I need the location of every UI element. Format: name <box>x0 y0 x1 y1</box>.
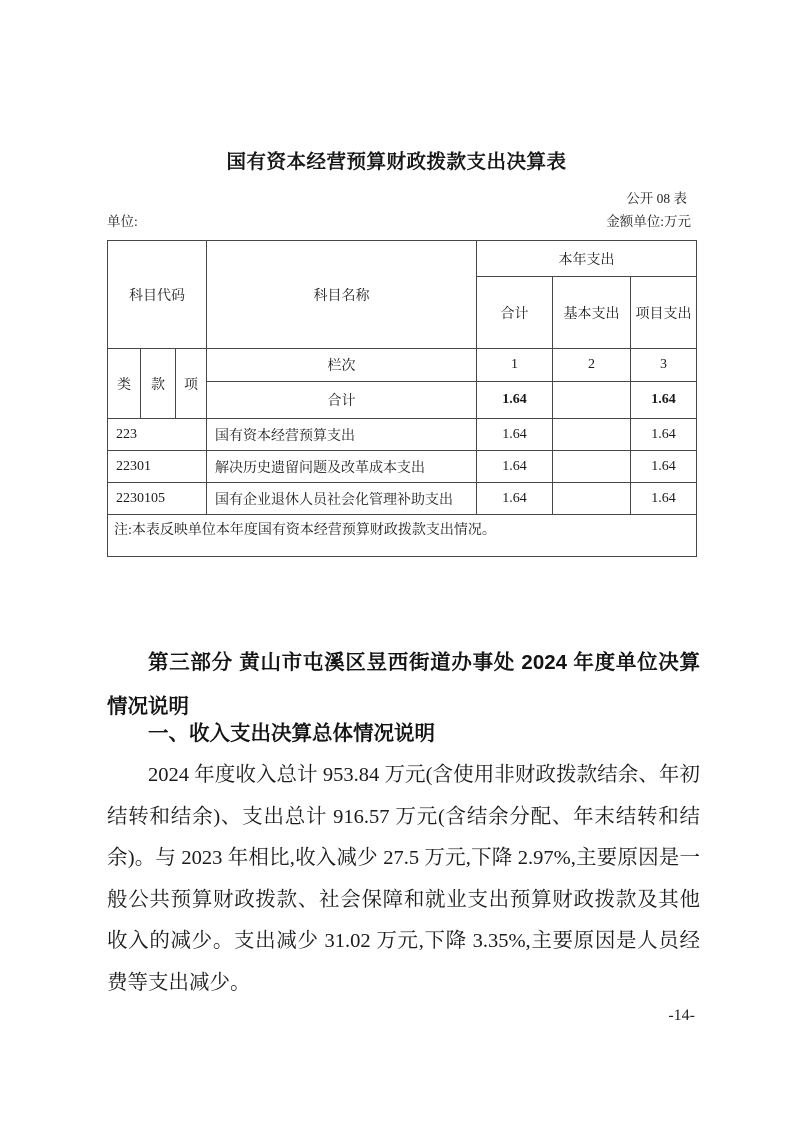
open-table-number-label: 公开 08 表 <box>107 187 687 207</box>
header-current-year-expense: 本年支出 <box>477 241 697 277</box>
row-project: 1.64 <box>631 483 697 515</box>
column-index-row: 类 款 项 栏次 1 2 3 <box>108 349 697 382</box>
row-name: 国有企业退休人员社会化管理补助支出 <box>207 483 477 515</box>
column-index-1: 1 <box>477 349 553 382</box>
header-subject-code: 科目代码 <box>108 241 207 349</box>
header-subject-name: 科目名称 <box>207 241 477 349</box>
unit-label: 单位: <box>107 210 138 230</box>
header-section: 款 <box>141 349 176 419</box>
table-row: 223 国有资本经营预算支出 1.64 1.64 <box>108 419 697 451</box>
grand-total-label: 合计 <box>207 382 477 419</box>
page-title: 国有资本经营预算财政拨款支出决算表 <box>0 146 793 174</box>
grand-total-basic <box>553 382 631 419</box>
row-code: 2230105 <box>108 483 207 515</box>
row-code: 223 <box>108 419 207 451</box>
budget-expense-table: 科目代码 科目名称 本年支出 合计 基本支出 项目支出 类 款 项 栏次 1 2… <box>107 240 697 557</box>
overview-paragraph: 2024 年度收入总计 953.84 万元(含使用非财政拨款结余、年初结转和结余… <box>107 755 700 1004</box>
row-basic <box>553 451 631 483</box>
header-class: 类 <box>108 349 141 419</box>
grand-total-project: 1.64 <box>631 382 697 419</box>
row-total: 1.64 <box>477 483 553 515</box>
column-index-3: 3 <box>631 349 697 382</box>
header-project-expense: 项目支出 <box>631 277 697 349</box>
row-code: 22301 <box>108 451 207 483</box>
row-project: 1.64 <box>631 419 697 451</box>
table-row: 22301 解决历史遗留问题及改革成本支出 1.64 1.64 <box>108 451 697 483</box>
header-basic-expense: 基本支出 <box>553 277 631 349</box>
section-one-heading: 一、收入支出决算总体情况说明 <box>107 719 700 749</box>
table-note: 注:本表反映单位本年度国有资本经营预算财政拨款支出情况。 <box>108 515 697 557</box>
column-index-label: 栏次 <box>207 349 477 382</box>
column-index-2: 2 <box>553 349 631 382</box>
header-item: 项 <box>176 349 207 419</box>
page-number: -14- <box>107 1007 695 1025</box>
row-total: 1.64 <box>477 451 553 483</box>
row-basic <box>553 483 631 515</box>
row-name: 国有资本经营预算支出 <box>207 419 477 451</box>
grand-total-total: 1.64 <box>477 382 553 419</box>
part-three-heading: 第三部分 黄山市屯溪区昱西街道办事处 2024 年度单位决算情况说明 <box>107 641 700 729</box>
row-name: 解决历史遗留问题及改革成本支出 <box>207 451 477 483</box>
amount-unit-label: 金额单位:万元 <box>606 210 691 230</box>
row-basic <box>553 419 631 451</box>
table-note-row: 注:本表反映单位本年度国有资本经营预算财政拨款支出情况。 <box>108 515 697 557</box>
table-meta-row: 单位: 金额单位:万元 <box>107 210 691 230</box>
table-row: 2230105 国有企业退休人员社会化管理补助支出 1.64 1.64 <box>108 483 697 515</box>
row-project: 1.64 <box>631 451 697 483</box>
document-page: 国有资本经营预算财政拨款支出决算表 公开 08 表 单位: 金额单位:万元 科目… <box>0 0 793 1122</box>
table-header-row-1: 科目代码 科目名称 本年支出 <box>108 241 697 277</box>
header-total: 合计 <box>477 277 553 349</box>
row-total: 1.64 <box>477 419 553 451</box>
